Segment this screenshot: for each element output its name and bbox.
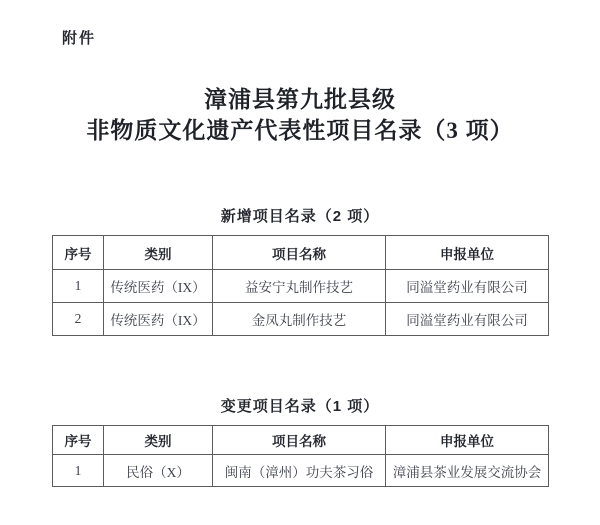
- cell-category: 传统医药（IX）: [104, 270, 213, 303]
- changed-projects-table: 序号 类别 项目名称 申报单位 1 民俗（X） 闽南（漳州）功夫茶习俗 漳浦县茶…: [52, 425, 549, 487]
- cell-declaring-unit: 同溢堂药业有限公司: [386, 303, 549, 336]
- cell-declaring-unit: 漳浦县茶业发展交流协会: [386, 455, 549, 487]
- table-row: 2 传统医药（IX） 金凤丸制作技艺 同溢堂药业有限公司: [53, 303, 549, 336]
- section-heading-new: 新增项目名录（2 项）: [52, 208, 548, 226]
- column-header-declaring-unit: 申报单位: [386, 426, 549, 455]
- column-header-serial: 序号: [53, 426, 104, 455]
- cell-serial: 1: [53, 270, 104, 303]
- table-header-row: 序号 类别 项目名称 申报单位: [53, 426, 549, 455]
- cell-project-name: 闽南（漳州）功夫茶习俗: [213, 455, 386, 487]
- table-header-row: 序号 类别 项目名称 申报单位: [53, 236, 549, 270]
- column-header-category: 类别: [104, 426, 213, 455]
- cell-project-name: 金凤丸制作技艺: [213, 303, 386, 336]
- document-title-line2: 非物质文化遗产代表性项目名录（3 项）: [0, 115, 600, 146]
- table-row: 1 民俗（X） 闽南（漳州）功夫茶习俗 漳浦县茶业发展交流协会: [53, 455, 549, 487]
- attachment-label: 附件: [62, 27, 96, 48]
- cell-category: 传统医药（IX）: [104, 303, 213, 336]
- new-projects-table: 序号 类别 项目名称 申报单位 1 传统医药（IX） 益安宁丸制作技艺 同溢堂药…: [52, 235, 549, 336]
- cell-project-name: 益安宁丸制作技艺: [213, 270, 386, 303]
- cell-declaring-unit: 同溢堂药业有限公司: [386, 270, 549, 303]
- table-row: 1 传统医药（IX） 益安宁丸制作技艺 同溢堂药业有限公司: [53, 270, 549, 303]
- column-header-project-name: 项目名称: [213, 236, 386, 270]
- document-title: 漳浦县第九批县级 非物质文化遗产代表性项目名录（3 项）: [0, 84, 600, 146]
- cell-serial: 2: [53, 303, 104, 336]
- cell-category: 民俗（X）: [104, 455, 213, 487]
- column-header-declaring-unit: 申报单位: [386, 236, 549, 270]
- cell-serial: 1: [53, 455, 104, 487]
- document-page: 附件 漳浦县第九批县级 非物质文化遗产代表性项目名录（3 项） 新增项目名录（2…: [0, 0, 600, 525]
- column-header-category: 类别: [104, 236, 213, 270]
- column-header-project-name: 项目名称: [213, 426, 386, 455]
- section-new-projects: 新增项目名录（2 项） 序号 类别 项目名称 申报单位 1 传统医药（IX） 益…: [52, 208, 548, 336]
- section-heading-change: 变更项目名录（1 项）: [52, 398, 548, 416]
- column-header-serial: 序号: [53, 236, 104, 270]
- section-changed-projects: 变更项目名录（1 项） 序号 类别 项目名称 申报单位 1 民俗（X） 闽南（漳…: [52, 398, 548, 487]
- document-title-line1: 漳浦县第九批县级: [0, 84, 600, 115]
